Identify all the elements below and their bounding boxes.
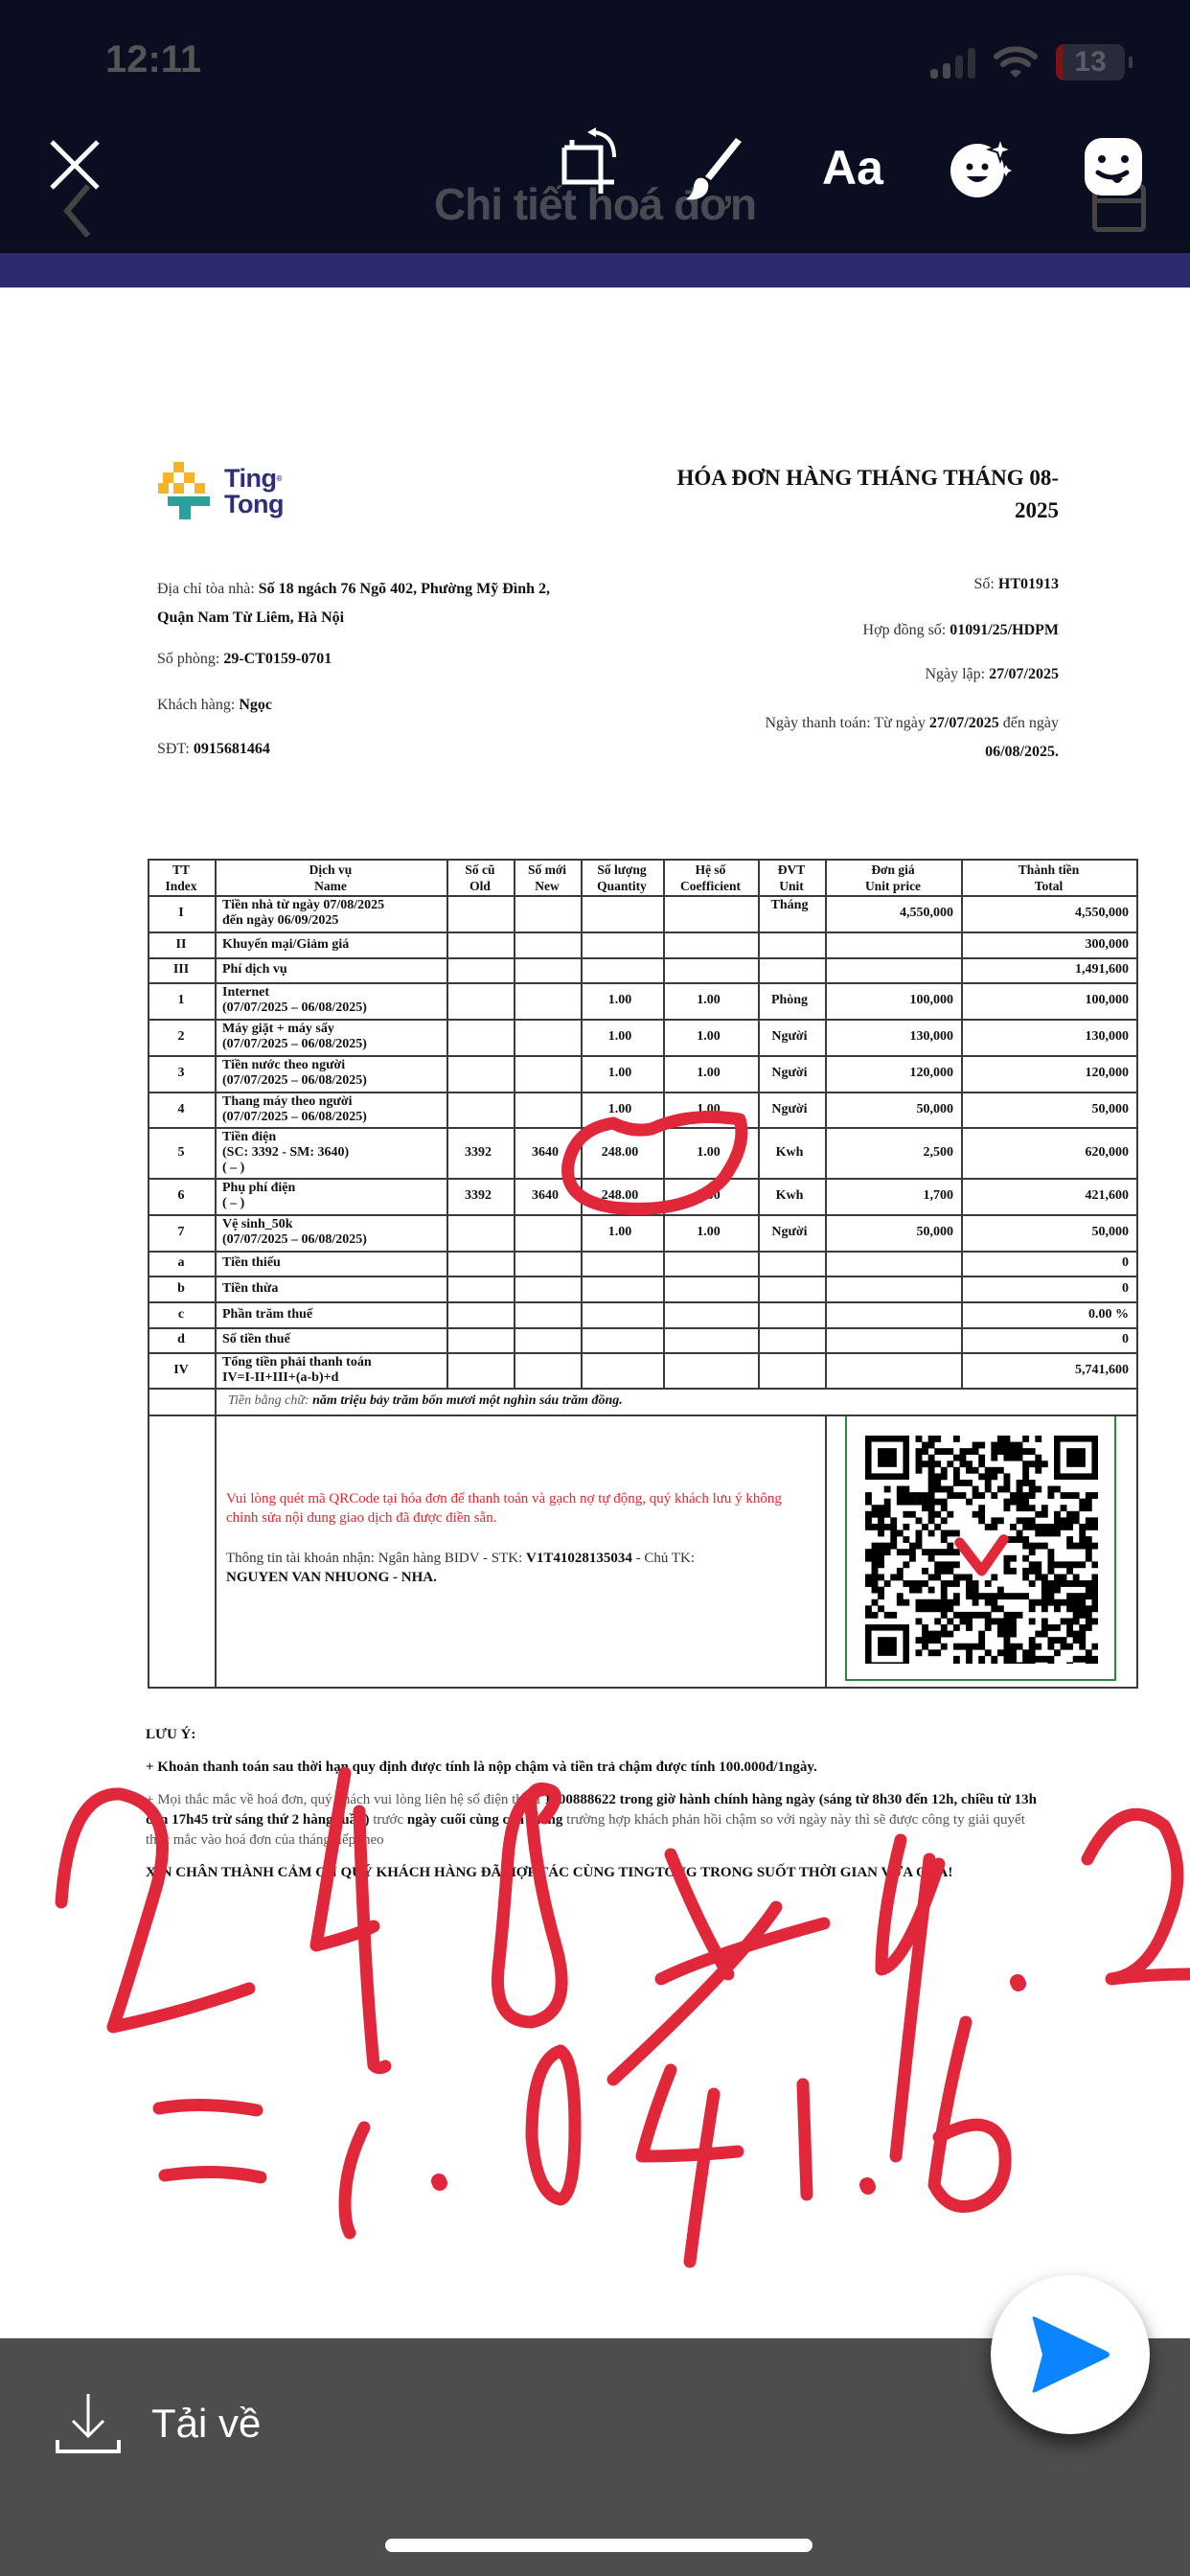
row-total: 1,491,600: [965, 962, 1129, 977]
row-service-name: Tiền thiếu: [222, 1255, 445, 1271]
room-label: Số phòng:: [157, 651, 223, 667]
notes-contact: + Mọi thắc mắc về hoá đơn, quý khách vui…: [146, 1790, 1046, 1851]
table-col-divider: [663, 859, 665, 1388]
row-index: a: [149, 1255, 213, 1271]
building-address: Địa chỉ tòa nhà: Số 18 ngách 76 Ngõ 402,…: [157, 575, 636, 632]
account-number: V1T41028135034: [526, 1551, 632, 1566]
text-tool-button[interactable]: Aa: [814, 139, 891, 196]
bank-account-info: Thông tin tài khoản nhận: Ngân hàng BIDV…: [226, 1549, 801, 1587]
invoice-number-label: Số:: [974, 576, 998, 592]
row-old: 3392: [450, 1145, 506, 1161]
crop-rotate-icon: [551, 126, 628, 199]
row-coef: 1.00: [667, 1029, 750, 1045]
address-value-1: Số 18 ngách 76 Ngõ 402, Phường Mỹ Đình 2…: [259, 581, 550, 597]
invoice-notes: LƯU Ý: + Khoản thanh toán sau thời hạn q…: [146, 1725, 1046, 1896]
row-service-name: Tiền nhà từ ngày 07/08/2025đến ngày 06/0…: [222, 898, 445, 929]
contract-label: Hợp đồng số:: [863, 622, 950, 638]
battery-tip: [1129, 57, 1133, 68]
table-row-divider: [148, 1388, 1138, 1390]
amount-words-label: Tiền bằng chữ:: [228, 1393, 312, 1408]
row-qty: 1.00: [584, 1102, 655, 1117]
payment-from: 27/07/2025: [929, 715, 999, 731]
table-row-divider: [148, 1276, 1138, 1277]
download-icon: [54, 2392, 123, 2455]
contract-number: Hợp đồng số: 01091/25/HDPM: [863, 621, 1059, 640]
row-unit: Người: [762, 1102, 817, 1117]
row-coef: 1.00: [667, 993, 750, 1008]
table-header-cell: ĐVTUnit: [760, 862, 823, 894]
status-time: 12:11: [105, 38, 201, 81]
table-header-cell: Thành tiềnTotal: [963, 862, 1134, 894]
row-service-name: Tiền thừa: [222, 1281, 445, 1297]
table-row-divider: [148, 1327, 1138, 1329]
table-row-divider: [148, 1687, 1138, 1689]
row-index: I: [149, 906, 213, 921]
table-col-divider: [825, 859, 827, 1388]
crop-rotate-button[interactable]: [551, 126, 628, 199]
row-total: 300,000: [965, 937, 1129, 953]
row-qty: 1.00: [584, 993, 655, 1008]
table-col-divider: [1136, 859, 1138, 1687]
notes-contact-prefix: + Mọi thắc mắc về hoá đơn, quý khách vui…: [146, 1792, 544, 1807]
brand-name: Ting® Tong: [224, 466, 284, 517]
sticker-button[interactable]: [1083, 136, 1144, 197]
table-header-cell: Đơn giáUnit price: [827, 862, 959, 894]
invoice-title-line2: 2025: [618, 494, 1059, 527]
table-row-divider: [148, 1019, 1138, 1021]
row-index: III: [149, 962, 213, 977]
header-accent-strip: [0, 253, 1190, 287]
row-price: 2,500: [829, 1145, 953, 1161]
row-coef: 1.00: [667, 1188, 750, 1204]
room-value: 29-CT0159-0701: [223, 651, 332, 667]
address-value-2: Quận Nam Từ Liêm, Hà Nội: [157, 609, 344, 626]
row-service-name: Khuyến mại/Giảm giá: [222, 937, 445, 953]
row-price: 100,000: [829, 993, 953, 1008]
payment-mid: đến ngày: [999, 715, 1059, 731]
row-qty: 1.00: [584, 1066, 655, 1081]
phone-value: 0915681464: [194, 741, 270, 757]
row-coef: 1.00: [667, 1225, 750, 1240]
row-coef: 1.00: [667, 1102, 750, 1117]
table-row-divider: [148, 1251, 1138, 1253]
table-row-divider: [148, 859, 1138, 861]
row-coef: 1.00: [667, 1066, 750, 1081]
row-service-name: Tiền nước theo người(07/07/2025 – 06/08/…: [222, 1058, 445, 1089]
brush-icon: [676, 134, 745, 203]
table-row-divider: [148, 931, 1138, 933]
payment-period: Ngày thanh toán: Từ ngày 27/07/2025 đến …: [618, 709, 1059, 767]
row-price: 50,000: [829, 1102, 953, 1117]
row-index: b: [149, 1281, 213, 1297]
row-index: d: [149, 1332, 213, 1347]
account-holder-label: - Chủ TK:: [632, 1551, 695, 1566]
row-total: 100,000: [965, 993, 1129, 1008]
row-total: 0: [965, 1255, 1129, 1271]
battery-level: 13: [1056, 44, 1125, 80]
draw-button[interactable]: [676, 134, 745, 203]
row-unit: Kwh: [762, 1145, 817, 1161]
created-label: Ngày lập:: [925, 666, 989, 682]
table-row-divider: [148, 1178, 1138, 1180]
invoice-title-line1: HÓA ĐƠN HÀNG THÁNG THÁNG 08-: [618, 462, 1059, 494]
download-label: Tải về: [151, 2401, 261, 2447]
contract-value: 01091/25/HDPM: [950, 622, 1059, 638]
invoice-title: HÓA ĐƠN HÀNG THÁNG THÁNG 08- 2025: [618, 462, 1059, 527]
row-service-name: Vệ sinh_50k(07/07/2025 – 06/08/2025): [222, 1217, 445, 1248]
row-total: 0: [965, 1332, 1129, 1347]
brand-line2: Tong: [224, 490, 284, 518]
row-total: 130,000: [965, 1029, 1129, 1045]
row-new: 3640: [517, 1188, 573, 1204]
row-service-name: Tiền điện(SC: 3392 - SM: 3640)( – ): [222, 1130, 445, 1176]
notes-contact-mid: trước: [369, 1812, 406, 1828]
account-label: Thông tin tài khoản nhận: Ngân hàng BIDV…: [226, 1551, 526, 1566]
close-button[interactable]: [44, 134, 105, 195]
payment-qr-code[interactable]: [845, 1414, 1116, 1681]
row-index: 5: [149, 1145, 213, 1161]
notes-thanks: XIN CHÂN THÀNH CẢM ƠN QUÝ KHÁCH HÀNG ĐÃ …: [146, 1863, 1046, 1883]
notes-late-payment: + Khoản thanh toán sau thời hạn quy định…: [146, 1758, 1046, 1778]
customer: Khách hàng: Ngọc: [157, 696, 272, 715]
table-row-divider: [148, 1301, 1138, 1303]
row-total: 4,550,000: [965, 906, 1129, 921]
row-price: 1,700: [829, 1188, 953, 1204]
table-header-cell: Số mớiNew: [515, 862, 579, 894]
cellular-signal-icon: [930, 46, 975, 79]
customer-label: Khách hàng:: [157, 697, 239, 713]
row-unit: Tháng: [762, 898, 817, 913]
customer-value: Ngọc: [239, 697, 272, 713]
table-header-cell: Hệ sốCoefficient: [665, 862, 756, 894]
table-col-divider: [825, 1414, 827, 1687]
payment-label: Ngày thanh toán: Từ ngày: [765, 715, 928, 731]
created-value: 27/07/2025: [989, 666, 1059, 682]
row-index: IV: [149, 1363, 213, 1378]
table-header-cell: TTIndex: [149, 862, 213, 894]
row-service-name: Số tiền thuế: [222, 1332, 445, 1347]
row-index: 2: [149, 1029, 213, 1045]
send-button[interactable]: [991, 2275, 1150, 2434]
row-index: c: [149, 1307, 213, 1322]
row-service-name: Tổng tiền phải thanh toánIV=I-II+III+(a-…: [222, 1355, 445, 1386]
table-col-divider: [215, 859, 217, 1687]
table-row-divider: [148, 1414, 1138, 1416]
row-price: 130,000: [829, 1029, 953, 1045]
download-button[interactable]: Tải về: [54, 2392, 261, 2455]
table-header-cell: Số lượngQuantity: [583, 862, 661, 894]
row-total: 5,741,600: [965, 1363, 1129, 1378]
account-holder: NGUYEN VAN NHUONG - NHA.: [226, 1570, 437, 1585]
table-row-divider: [148, 1214, 1138, 1216]
invoice-table: Tiền bằng chữ: năm triệu bảy trăm bốn mư…: [148, 859, 1138, 1687]
wifi-icon: [993, 45, 1039, 80]
payment-to: 06/08/2025.: [985, 744, 1059, 760]
row-price: 4,550,000: [829, 906, 953, 921]
table-header-cell: Dịch vụName: [217, 862, 445, 894]
row-unit: Kwh: [762, 1188, 817, 1204]
table-row-divider: [148, 895, 1138, 897]
close-icon: [46, 136, 103, 194]
row-qty: 1.00: [584, 1225, 655, 1240]
row-service-name: Thang máy theo người(07/07/2025 – 06/08/…: [222, 1094, 445, 1125]
table-col-divider: [446, 859, 448, 1388]
row-coef: 1.00: [667, 1145, 750, 1161]
row-service-name: Phụ phí điện( – ): [222, 1181, 445, 1211]
row-service-name: Internet(07/07/2025 – 06/08/2025): [222, 985, 445, 1016]
row-total: 120,000: [965, 1066, 1129, 1081]
row-qty: 248.00: [584, 1145, 655, 1161]
qr-code-icon: [865, 1436, 1098, 1664]
invoice-number: Số: HT01913: [974, 575, 1059, 594]
row-total: 50,000: [965, 1102, 1129, 1117]
table-header-cell: Số cũOld: [448, 862, 512, 894]
notes-heading: LƯU Ý:: [146, 1725, 1046, 1745]
row-unit: Người: [762, 1029, 817, 1045]
table-row-divider: [148, 957, 1138, 959]
table-row-divider: [148, 982, 1138, 984]
row-unit: Người: [762, 1066, 817, 1081]
table-col-divider: [514, 859, 515, 1388]
row-index: 7: [149, 1225, 213, 1240]
table-col-divider: [148, 859, 149, 1687]
row-price: 120,000: [829, 1066, 953, 1081]
home-indicator[interactable]: [385, 2539, 812, 2552]
phone: SĐT: 0915681464: [157, 740, 270, 759]
battery-icon: 13: [1056, 44, 1125, 80]
created-date: Ngày lập: 27/07/2025: [925, 665, 1059, 684]
row-total: 0: [965, 1281, 1129, 1297]
send-arrow-icon: [1027, 2311, 1113, 2398]
row-index: 4: [149, 1102, 213, 1117]
row-total: 0.00 %: [965, 1307, 1129, 1322]
row-service-name: Máy giặt + máy sấy(07/07/2025 – 06/08/20…: [222, 1022, 445, 1052]
row-service-name: Phần trăm thuế: [222, 1307, 445, 1322]
phone-label: SĐT:: [157, 741, 194, 757]
row-total: 421,600: [965, 1188, 1129, 1204]
row-index: 3: [149, 1066, 213, 1081]
row-index: 1: [149, 993, 213, 1008]
address-label: Địa chỉ tòa nhà:: [157, 581, 259, 597]
brand-line1: Ting: [224, 464, 277, 493]
invoice-number-value: HT01913: [998, 576, 1059, 592]
room-number: Số phòng: 29-CT0159-0701: [157, 650, 332, 669]
row-unit: Người: [762, 1225, 817, 1240]
status-icons: 13: [930, 44, 1133, 80]
row-old: 3392: [450, 1188, 506, 1204]
table-row-divider: [148, 1055, 1138, 1057]
qr-payment-note: Vui lòng quét mã QRCode tại hóa đơn để t…: [226, 1489, 801, 1528]
effects-button[interactable]: [949, 136, 1012, 199]
row-total: 620,000: [965, 1145, 1129, 1161]
row-unit: Phòng: [762, 993, 817, 1008]
sparkle-face-icon: [949, 136, 1012, 199]
amount-words-value: năm triệu bảy trăm bốn mươi một nghìn sá…: [312, 1393, 623, 1408]
row-new: 3640: [517, 1145, 573, 1161]
row-service-name: Phí dịch vụ: [222, 962, 445, 977]
amount-in-words: Tiền bằng chữ: năm triệu bảy trăm bốn mư…: [228, 1393, 623, 1409]
row-index: II: [149, 937, 213, 953]
row-price: 50,000: [829, 1225, 953, 1240]
row-qty: 1.00: [584, 1029, 655, 1045]
table-col-divider: [961, 859, 963, 1388]
editor-header: 12:11 13 Chi tiết hoá đơn: [0, 0, 1190, 253]
row-total: 50,000: [965, 1225, 1129, 1240]
row-qty: 248.00: [584, 1188, 655, 1204]
table-col-divider: [581, 859, 583, 1388]
table-col-divider: [758, 859, 760, 1388]
notes-contact-deadline: ngày cuối cùng của tháng: [407, 1812, 563, 1828]
row-index: 6: [149, 1188, 213, 1204]
sticker-face-icon: [1083, 136, 1144, 197]
